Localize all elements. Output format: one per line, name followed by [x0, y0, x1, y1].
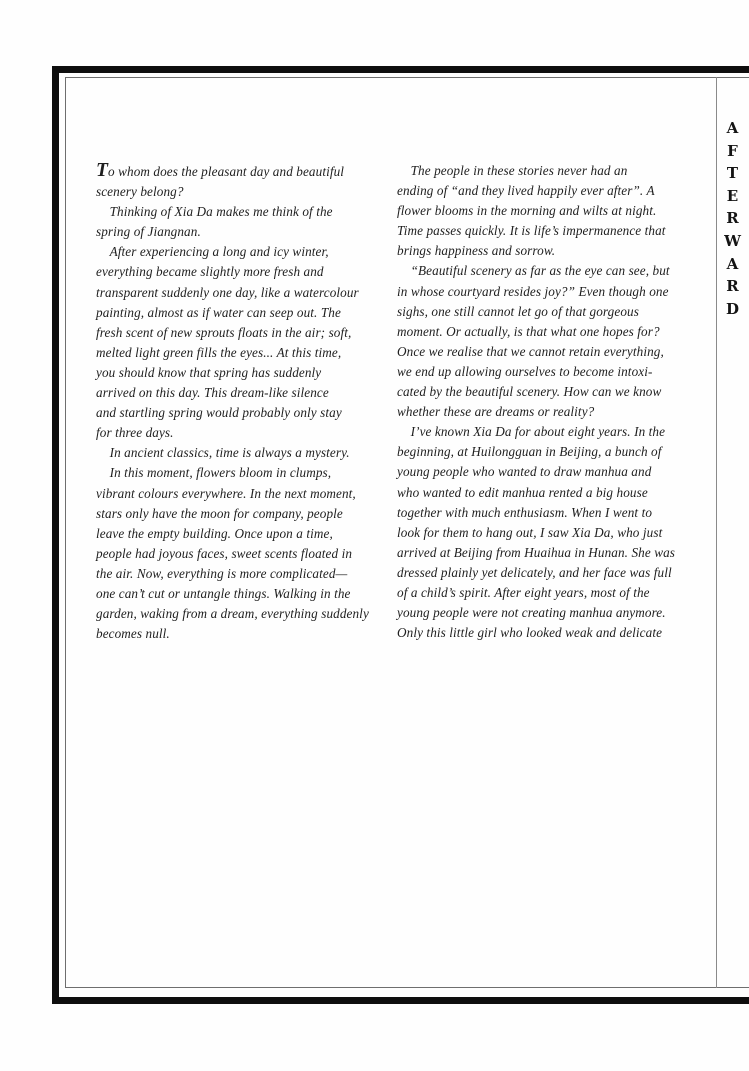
left-column-text: o whom does the pleasant day and beautif… — [96, 164, 369, 641]
afterward-letter: R — [717, 207, 748, 230]
right-column-text: The people in these stories never had an… — [397, 163, 675, 640]
afterward-letter: R — [717, 275, 748, 298]
afterward-letter: F — [717, 140, 748, 163]
afterward-letter: A — [717, 117, 748, 140]
lead-capital: T — [96, 160, 108, 181]
afterward-vertical-label: A F T E R W A R D — [717, 117, 748, 320]
afterward-letter: W — [717, 230, 748, 253]
afterward-letter: E — [717, 185, 748, 208]
right-text-column: The people in these stories never had an… — [397, 161, 703, 643]
afterward-letter: A — [717, 253, 748, 276]
afterward-letter: D — [717, 298, 748, 321]
left-text-column: To whom does the pleasant day and beauti… — [96, 161, 396, 644]
afterward-letter: T — [717, 162, 748, 185]
manga-afterword-page: To whom does the pleasant day and beauti… — [0, 0, 749, 1071]
